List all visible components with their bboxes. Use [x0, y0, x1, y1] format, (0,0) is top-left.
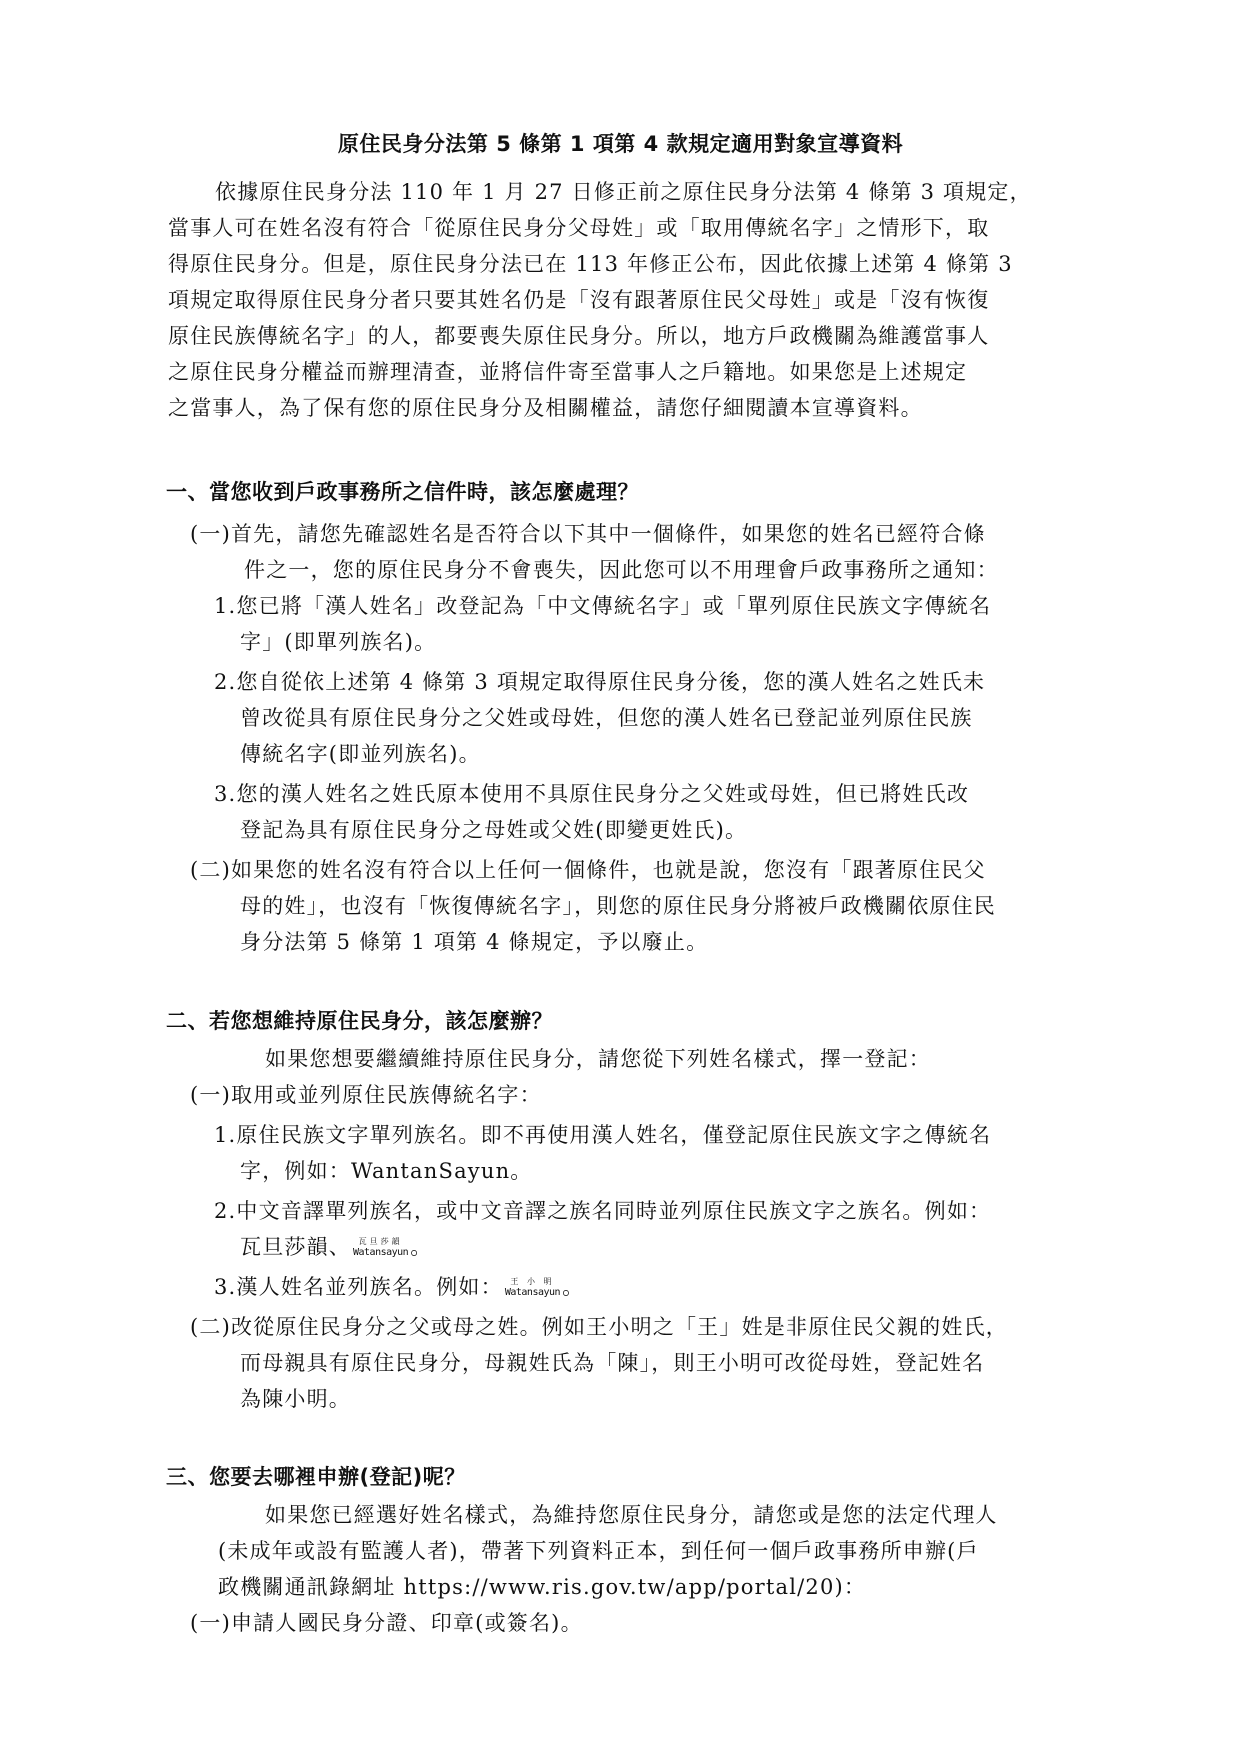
section-2-line: 1.原住民族文字單列族名。即不再使用漢人姓名，僅登記原住民族文字之傳統名 — [214, 1121, 991, 1149]
example-2-ruby: 瓦旦莎韻Watansayun — [353, 1236, 408, 1258]
section-2-line: 而母親具有原住民身分，母親姓氏為「陳」，則王小明可改從母姓，登記姓名 — [240, 1349, 984, 1377]
intro-line: 之原住民身分權益而辦理清查，並將信件寄至當事人之戶籍地。如果您是上述規定 — [168, 358, 967, 386]
section-1-line: 母的姓」，也沒有「恢復傳統名字」，則您的原住民身分將被戶政機關依原住民 — [240, 892, 996, 920]
section-1-line: (一)首先，請您先確認姓名是否符合以下其中一個條件，如果您的姓名已經符合條 — [190, 520, 986, 548]
intro-line: 依據原住民身分法 110 年 1 月 27 日修正前之原住民身分法第 4 條第 … — [215, 178, 1032, 206]
section-1-line: 1.您已將「漢人姓名」改登記為「中文傳統名字」或「單列原住民族文字傳統名 — [214, 592, 991, 620]
section-1-line: 傳統名字(即並列族名)。 — [240, 740, 481, 768]
section-1-line: 字」(即單列族名)。 — [240, 628, 436, 656]
section-2-line: 如果您想要繼續維持原住民身分，請您從下列姓名樣式，擇一登記： — [265, 1045, 931, 1073]
section-2-line: 為陳小明。 — [240, 1385, 351, 1413]
section-3-line: 如果您已經選好姓名樣式，為維持您原住民身分，請您或是您的法定代理人 — [265, 1501, 998, 1529]
section-1-line: 3.您的漢人姓名之姓氏原本使用不具原住民身分之父姓或母姓，但已將姓氏改 — [214, 780, 969, 808]
section-2-example-2: 瓦旦莎韻、瓦旦莎韻Watansayun。 — [240, 1233, 432, 1261]
section-1-line: 2.您自從依上述第 4 條第 3 項規定取得原住民身分後，您的漢人姓名之姓氏未 — [214, 668, 985, 696]
example-3-ruby: 王 小 明Watansayun — [505, 1276, 560, 1298]
section-1-line: 件之一，您的原住民身分不會喪失，因此您可以不用理會戶政事務所之通知： — [244, 556, 999, 584]
document-page: 原住民身分法第 5 條第 1 項第 4 款規定適用對象宣導資料 依據原住民身分法… — [0, 0, 1241, 1755]
section-2-heading: 二、若您想維持原住民身分，該怎麼辦？ — [166, 1005, 553, 1035]
section-2-line: 字，例如：WantanSayun。 — [240, 1157, 533, 1185]
section-2-line: 2.中文音譯單列族名，或中文音譯之族名同時並列原住民族文字之族名。例如： — [214, 1197, 991, 1225]
example-2-prefix: 瓦旦莎韻、 — [240, 1235, 351, 1259]
section-3-heading: 三、您要去哪裡申辦(登記)呢？ — [166, 1461, 466, 1491]
section-2-line: (一)取用或並列原住民族傳統名字： — [190, 1081, 542, 1109]
intro-line: 當事人可在姓名沒有符合「從原住民身分父母姓」或「取用傳統名字」之情形下，取 — [168, 214, 989, 242]
intro-line: 得原住民身分。但是，原住民身分法已在 113 年修正公布，因此依據上述第 4 條… — [168, 250, 1013, 278]
section-3-url-line: 政機關通訊錄網址 https://www.ris.gov.tw/app/port… — [218, 1573, 866, 1601]
document-title: 原住民身分法第 5 條第 1 項第 4 款規定適用對象宣導資料 — [0, 128, 1241, 158]
intro-line: 之當事人，為了保有您的原住民身分及相關權益，請您仔細閱讀本宣導資料。 — [168, 394, 923, 422]
section-2-example-3: 3.漢人姓名並列族名。例如：王 小 明Watansayun。 — [214, 1273, 584, 1301]
section-1-line: 身分法第 5 條第 1 項第 4 條規定，予以廢止。 — [240, 928, 708, 956]
section-1-line: 登記為具有原住民身分之母姓或父姓(即變更姓氏)。 — [240, 816, 747, 844]
section-1-heading: 一、當您收到戶政事務所之信件時，該怎麼處理？ — [166, 476, 639, 506]
intro-line: 原住民族傳統名字」的人，都要喪失原住民身分。所以，地方戶政機關為維護當事人 — [168, 322, 989, 350]
section-1-line: 曾改從具有原住民身分之父姓或母姓，但您的漢人姓名已登記並列原住民族 — [240, 704, 973, 732]
section-3-line: (未成年或設有監護人者)，帶著下列資料正本，到任何一個戶政事務所申辦(戶 — [218, 1537, 979, 1565]
section-3-line: (一)申請人國民身分證、印章(或簽名)。 — [190, 1609, 583, 1637]
intro-line: 項規定取得原住民身分者只要其姓名仍是「沒有跟著原住民父母姓」或是「沒有恢復 — [168, 286, 989, 314]
section-2-line: (二)改從原住民身分之父或母之姓。例如王小明之「王」姓是非原住民父親的姓氏， — [190, 1313, 1008, 1341]
section-1-line: (二)如果您的姓名沒有符合以上任何一個條件，也就是說，您沒有「跟著原住民父 — [190, 856, 986, 884]
